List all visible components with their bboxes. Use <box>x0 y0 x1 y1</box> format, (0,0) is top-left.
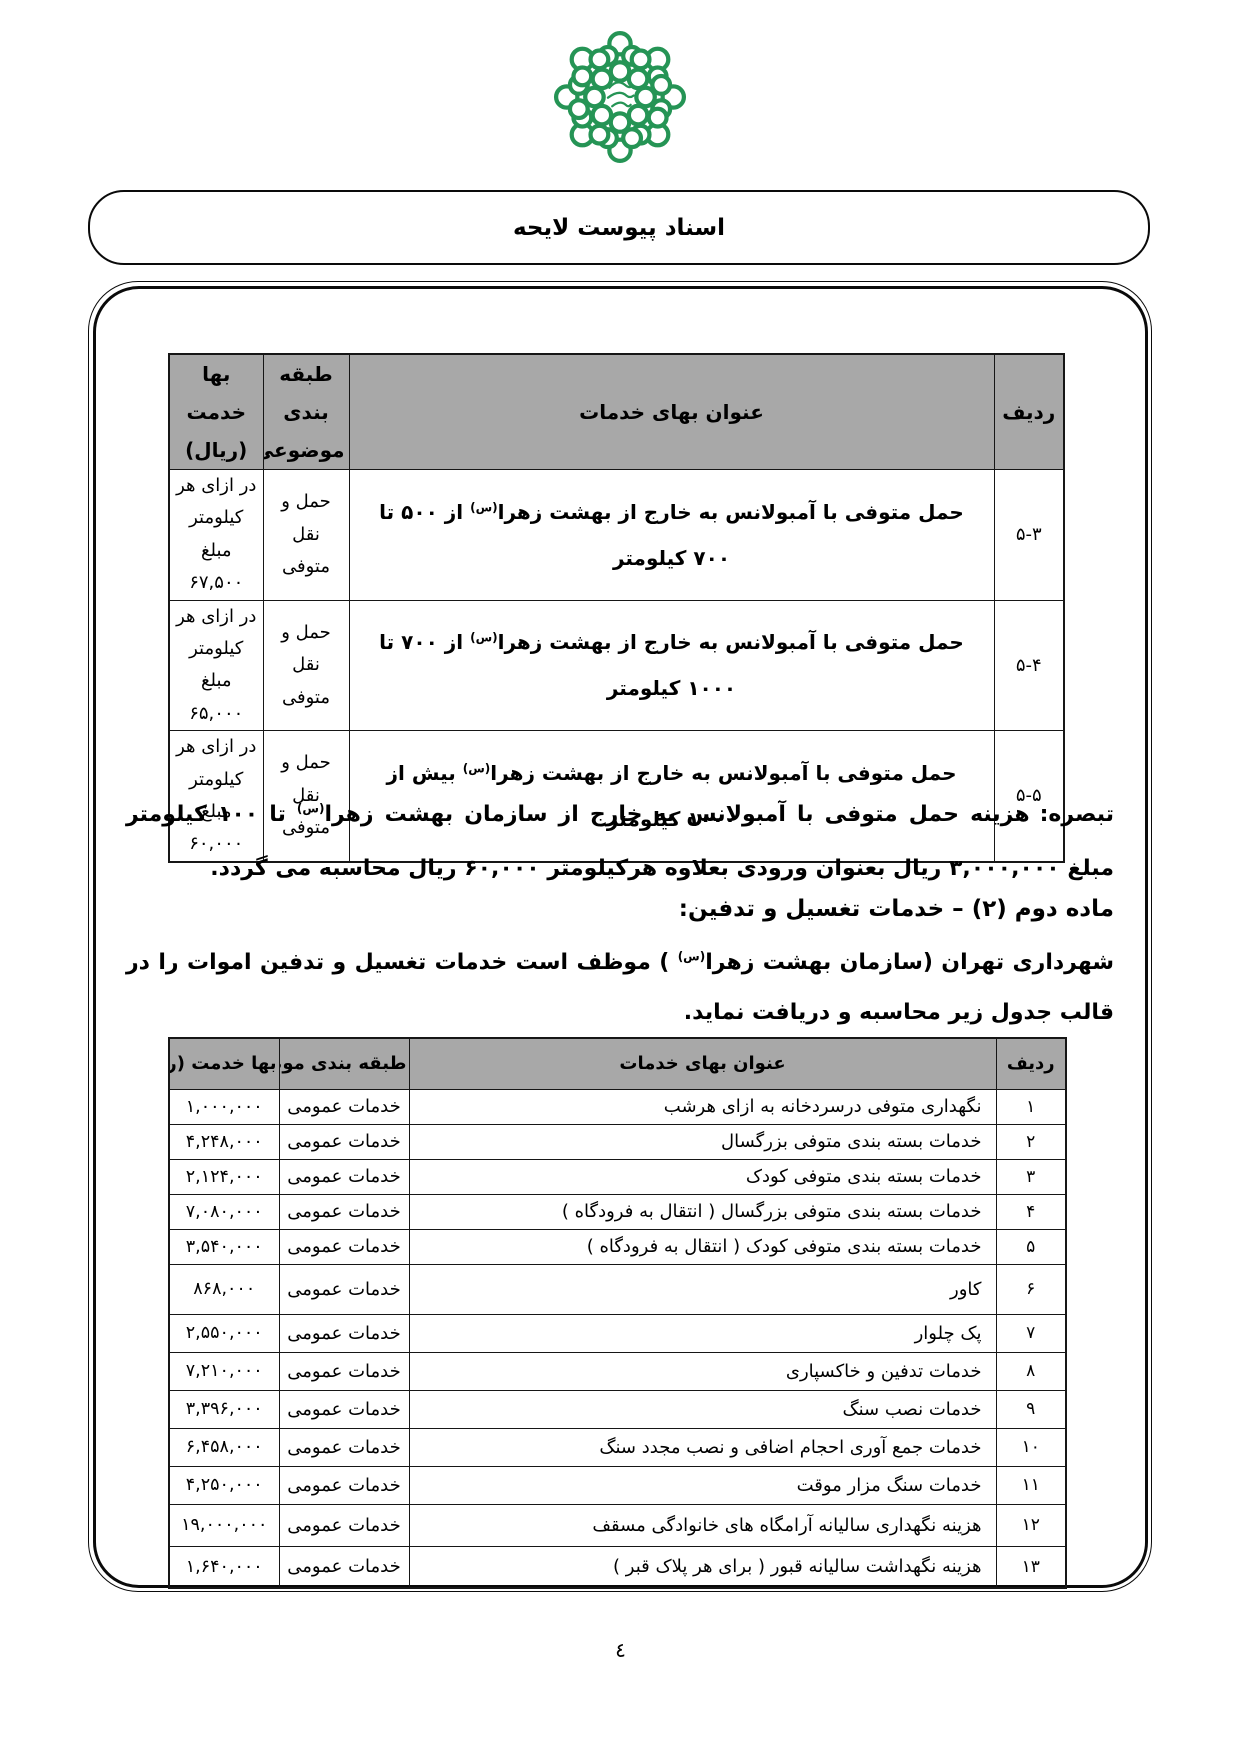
row-number: ۱۰ <box>996 1428 1066 1466</box>
service-category: خدمات عمومی <box>279 1194 409 1229</box>
service-title: هزینه نگهداشت سالیانه قبور ( برای هر پلا… <box>409 1546 996 1588</box>
attachment-banner: اسناد پیوست لایحه <box>88 190 1150 265</box>
service-price: ۱,۰۰۰,۰۰۰ <box>169 1089 279 1124</box>
service-title: خدمات بسته بندی متوفی بزرگسال ( انتقال ب… <box>409 1194 996 1229</box>
service-price: ۷,۲۱۰,۰۰۰ <box>169 1352 279 1390</box>
table-row: ۸ خدمات تدفین و خاکسپاری خدمات عمومی ۷,۲… <box>169 1352 1066 1390</box>
inner-petals <box>585 62 655 132</box>
outer-petals <box>556 33 684 161</box>
row-number: ۳ <box>996 1159 1066 1194</box>
service-category: خدمات عمومی <box>279 1466 409 1504</box>
service-category: حمل و نقل متوفی <box>263 470 349 601</box>
service-title: خدمات بسته بندی متوفی کودک ( انتقال به ف… <box>409 1229 996 1264</box>
col-header-price: بها خدمت (ریال) <box>169 1038 279 1089</box>
row-number: ۱۱ <box>996 1466 1066 1504</box>
service-price: در ازای هر کیلومتر مبلغ ۶۵,۰۰۰ <box>169 600 263 731</box>
table-row: ۵ خدمات بسته بندی متوفی کودک ( انتقال به… <box>169 1229 1066 1264</box>
col-header-title: عنوان بهای خدمات <box>349 354 994 470</box>
service-title: کاور <box>409 1264 996 1314</box>
service-price: ۲,۵۵۰,۰۰۰ <box>169 1314 279 1352</box>
document-page: { "page": { "number": "٤" }, "logo": { "… <box>0 0 1241 1755</box>
service-category: خدمات عمومی <box>279 1159 409 1194</box>
service-price: ۱۹,۰۰۰,۰۰۰ <box>169 1504 279 1546</box>
table-row: ۴ خدمات بسته بندی متوفی بزرگسال ( انتقال… <box>169 1194 1066 1229</box>
table-row: ۶ کاور خدمات عمومی ۸۶۸,۰۰۰ <box>169 1264 1066 1314</box>
table-header-row: ردیف عنوان بهای خدمات طبقه بندی موضوعی ب… <box>169 354 1064 470</box>
service-title: خدمات تدفین و خاکسپاری <box>409 1352 996 1390</box>
table-row: ۱ نگهداری متوفی درسردخانه به ازای هرشب خ… <box>169 1089 1066 1124</box>
table-row: ۱۲ هزینه نگهداری سالیانه آرامگاه های خان… <box>169 1504 1066 1546</box>
col-header-category: طبقه بندی موضوعی <box>263 354 349 470</box>
service-title: نگهداری متوفی درسردخانه به ازای هرشب <box>409 1089 996 1124</box>
row-number: ۵-۴ <box>994 600 1064 731</box>
article-2-heading: ماده دوم (۲) – خدمات تغسیل و تدفین: <box>126 896 1114 922</box>
service-price: ۳,۵۴۰,۰۰۰ <box>169 1229 279 1264</box>
service-price: ۴,۲۴۸,۰۰۰ <box>169 1124 279 1159</box>
service-category: خدمات عمومی <box>279 1352 409 1390</box>
service-title: حمل متوفی با آمبولانس به خارج از بهشت زه… <box>349 600 994 731</box>
table-row: ۹ خدمات نصب سنگ خدمات عمومی ۳,۳۹۶,۰۰۰ <box>169 1390 1066 1428</box>
service-category: خدمات عمومی <box>279 1264 409 1314</box>
service-category: خدمات عمومی <box>279 1124 409 1159</box>
row-number: ۹ <box>996 1390 1066 1428</box>
note-paragraph: تبصره:هزینه حمل متوفی با آمبولانس به خار… <box>126 788 1114 896</box>
service-title: خدمات سنگ مزار موقت <box>409 1466 996 1504</box>
col-header-radif: ردیف <box>994 354 1064 470</box>
row-number: ۲ <box>996 1124 1066 1159</box>
service-category: خدمات عمومی <box>279 1428 409 1466</box>
page-number: ٤ <box>0 1638 1241 1662</box>
row-number: ۴ <box>996 1194 1066 1229</box>
col-header-radif: ردیف <box>996 1038 1066 1089</box>
service-title: خدمات جمع آوری احجام اضافی و نصب مجدد سن… <box>409 1428 996 1466</box>
municipality-emblem-icon <box>546 26 694 168</box>
col-header-title: عنوان بهای خدمات <box>409 1038 996 1089</box>
tehran-municipality-logo <box>546 26 694 168</box>
service-title: حمل متوفی با آمبولانس به خارج از بهشت زه… <box>349 470 994 601</box>
service-price: ۷,۰۸۰,۰۰۰ <box>169 1194 279 1229</box>
ambulance-transport-table: ردیف عنوان بهای خدمات طبقه بندی موضوعی ب… <box>168 353 1065 863</box>
row-number: ۱ <box>996 1089 1066 1124</box>
table-row: ۷ پک چلوار خدمات عمومی ۲,۵۵۰,۰۰۰ <box>169 1314 1066 1352</box>
table-row: ۵-۴ حمل متوفی با آمبولانس به خارج از بهش… <box>169 600 1064 731</box>
table-row: ۱۱ خدمات سنگ مزار موقت خدمات عمومی ۴,۲۵۰… <box>169 1466 1066 1504</box>
row-number: ۱۳ <box>996 1546 1066 1588</box>
service-category: خدمات عمومی <box>279 1314 409 1352</box>
service-price: ۳,۳۹۶,۰۰۰ <box>169 1390 279 1428</box>
row-number: ۷ <box>996 1314 1066 1352</box>
service-price: ۲,۱۲۴,۰۰۰ <box>169 1159 279 1194</box>
banner-title: اسناد پیوست لایحه <box>513 215 725 241</box>
row-number: ۱۲ <box>996 1504 1066 1546</box>
table-row: ۵-۳ حمل متوفی با آمبولانس به خارج از بهش… <box>169 470 1064 601</box>
service-price: ۸۶۸,۰۰۰ <box>169 1264 279 1314</box>
table-header-row: ردیف عنوان بهای خدمات طبقه بندی موضوعی ب… <box>169 1038 1066 1089</box>
service-category: خدمات عمومی <box>279 1089 409 1124</box>
service-category: حمل و نقل متوفی <box>263 600 349 731</box>
col-header-price: بها خدمت (ریال) <box>169 354 263 470</box>
service-title: خدمات بسته بندی متوفی کودک <box>409 1159 996 1194</box>
service-category: خدمات عمومی <box>279 1504 409 1546</box>
service-price: ۴,۲۵۰,۰۰۰ <box>169 1466 279 1504</box>
article-2-body: شهرداری تهران (سازمان بهشت زهرا(س) ) موظ… <box>126 938 1114 1037</box>
service-category: خدمات عمومی <box>279 1390 409 1428</box>
service-title: پک چلوار <box>409 1314 996 1352</box>
note-text: هزینه حمل متوفی با آمبولانس به خارج از س… <box>126 802 1114 881</box>
row-number: ۸ <box>996 1352 1066 1390</box>
service-title: خدمات نصب سنگ <box>409 1390 996 1428</box>
service-title: هزینه نگهداری سالیانه آرامگاه های خانواد… <box>409 1504 996 1546</box>
table-row: ۱۰ خدمات جمع آوری احجام اضافی و نصب مجدد… <box>169 1428 1066 1466</box>
table-row: ۱۳ هزینه نگهداشت سالیانه قبور ( برای هر … <box>169 1546 1066 1588</box>
service-category: خدمات عمومی <box>279 1229 409 1264</box>
service-price: در ازای هر کیلومتر مبلغ ۶۷,۵۰۰ <box>169 470 263 601</box>
row-number: ۶ <box>996 1264 1066 1314</box>
col-header-category: طبقه بندی موضوعی <box>279 1038 409 1089</box>
service-price: ۶,۴۵۸,۰۰۰ <box>169 1428 279 1466</box>
service-price: ۱,۶۴۰,۰۰۰ <box>169 1546 279 1588</box>
service-category: خدمات عمومی <box>279 1546 409 1588</box>
burial-services-table: ردیف عنوان بهای خدمات طبقه بندی موضوعی ب… <box>168 1037 1067 1589</box>
service-title: خدمات بسته بندی متوفی بزرگسال <box>409 1124 996 1159</box>
table-row: ۳ خدمات بسته بندی متوفی کودک خدمات عمومی… <box>169 1159 1066 1194</box>
row-number: ۵ <box>996 1229 1066 1264</box>
note-label: تبصره: <box>1040 802 1114 827</box>
row-number: ۵-۳ <box>994 470 1064 601</box>
table-row: ۲ خدمات بسته بندی متوفی بزرگسال خدمات عم… <box>169 1124 1066 1159</box>
